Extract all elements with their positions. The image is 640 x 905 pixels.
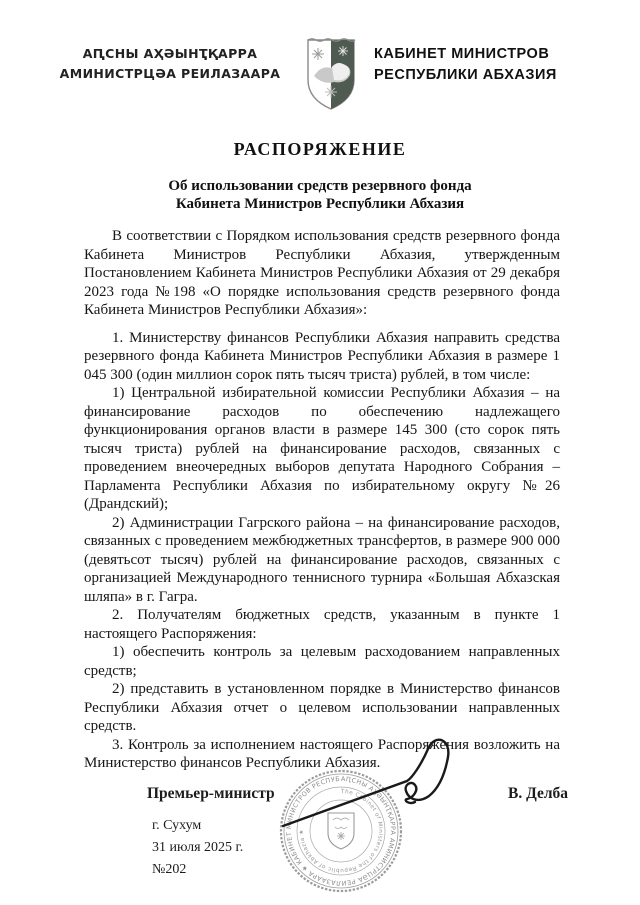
document-subject-line1: Об использовании средств резервного фонд… <box>0 177 640 195</box>
document-number: №202 <box>152 862 186 878</box>
paragraph-point-2: 2. Получателям бюджетных средств, указан… <box>84 606 560 643</box>
document-body: В соответствии с Порядком использования … <box>84 227 560 773</box>
signature-city: г. Сухум <box>152 818 201 834</box>
paragraph-subpoint-2-2: 2) представить в установленном порядке в… <box>84 680 560 736</box>
org-name-russian: КАБИНЕТ МИНИСТРОВ РЕСПУБЛИКИ АБХАЗИЯ <box>374 44 604 86</box>
org-name-russian-line1: КАБИНЕТ МИНИСТРОВ <box>374 44 604 65</box>
signer-name: В. Делба <box>508 785 568 803</box>
paragraph-point-1: 1. Министерству финансов Республики Абха… <box>84 329 560 385</box>
org-name-abkhaz-line2: АМИНИСТРЦӘА РЕИЛАЗААРА <box>50 64 290 84</box>
document-subject: Об использовании средств резервного фонд… <box>0 177 640 213</box>
document-type-title: РАСПОРЯЖЕНИЕ <box>0 139 640 160</box>
document-subject-line2: Кабинета Министров Республики Абхазия <box>0 195 640 213</box>
paragraph-subpoint-2-1: 1) обеспечить контроль за целевым расход… <box>84 643 560 680</box>
org-name-russian-line2: РЕСПУБЛИКИ АБХАЗИЯ <box>374 65 604 86</box>
handwritten-signature <box>260 735 460 835</box>
paragraph-subpoint-1-1: 1) Центральной избирательной комиссии Ре… <box>84 384 560 514</box>
org-name-abkhaz-line1: АԤСНЫ АҲӘЫНҬҚАРРА <box>50 44 290 64</box>
signature-date: 31 июля 2025 г. <box>152 840 243 856</box>
org-name-abkhaz: АԤСНЫ АҲӘЫНҬҚАРРА АМИНИСТРЦӘА РЕИЛАЗААРА <box>50 44 290 84</box>
premier-title: Премьер-министр <box>147 785 275 803</box>
paragraph-preamble: В соответствии с Порядком использования … <box>84 227 560 320</box>
document-page: АԤСНЫ АҲӘЫНҬҚАРРА АМИНИСТРЦӘА РЕИЛАЗААРА… <box>0 0 640 905</box>
paragraph-subpoint-1-2: 2) Администрации Гагрского района – на ф… <box>84 514 560 607</box>
coat-of-arms-icon <box>305 36 357 114</box>
